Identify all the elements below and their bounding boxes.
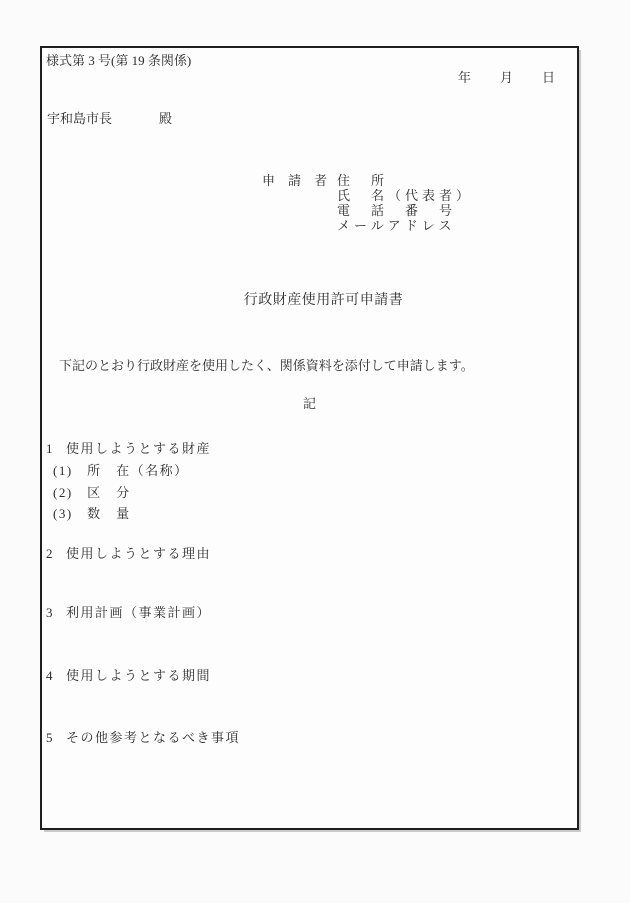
item-label: その他参考となるべき事項 <box>66 730 240 745</box>
item-label: 使用しようとする期間 <box>66 668 211 683</box>
recipient-line: 宇和島市長殿 <box>47 111 172 126</box>
sub-item-quantity: (3) 数 量 <box>53 506 131 521</box>
applicant-row-address: 申 請 者住 所 <box>262 173 473 188</box>
applicant-label: 申 請 者 <box>262 173 337 188</box>
applicant-row-phone: 電 話 番 号 <box>262 203 473 218</box>
recipient-honorific: 殿 <box>159 111 172 126</box>
applicant-row-name: 氏 名（代表者） <box>262 188 473 203</box>
applicant-field-phone: 電 話 番 号 <box>337 203 456 218</box>
applicant-field-email: メールアドレス <box>337 218 455 233</box>
item-usage-plan: 3利用計画（事業計画） <box>46 605 211 620</box>
document-page: 様式第 3 号(第 19 条関係) 年 月 日 宇和島市長殿 申 請 者住 所 … <box>0 0 630 903</box>
item-number: 2 <box>46 546 66 561</box>
applicant-block: 申 請 者住 所 氏 名（代表者） 電 話 番 号 メールアドレス <box>262 173 473 233</box>
item-other-notes: 5その他参考となるべき事項 <box>46 730 240 745</box>
item-reason: 2使用しようとする理由 <box>46 546 211 561</box>
applicant-row-email: メールアドレス <box>262 218 473 233</box>
document-title: 行政財産使用許可申請書 <box>42 293 577 308</box>
form-number: 様式第 3 号(第 19 条関係) <box>46 53 191 68</box>
item-number: 4 <box>46 668 66 683</box>
recipient-name: 宇和島市長 <box>47 111 112 126</box>
intro-sentence: 下記のとおり行政財産を使用したく、関係資料を添付して申請します。 <box>46 358 474 373</box>
item-number: 3 <box>46 605 66 620</box>
applicant-field-name: 氏 名（代表者） <box>337 188 473 203</box>
item-number: 5 <box>46 730 66 745</box>
item-label: 使用しようとする財産 <box>66 441 211 456</box>
form-border-frame: 様式第 3 号(第 19 条関係) 年 月 日 宇和島市長殿 申 請 者住 所 … <box>40 46 579 830</box>
item-number: 1 <box>46 441 66 456</box>
sub-item-location: (1) 所 在（名称） <box>53 463 189 478</box>
item-label: 利用計画（事業計画） <box>66 605 211 620</box>
applicant-field-address: 住 所 <box>337 173 388 188</box>
item-label: 使用しようとする理由 <box>66 546 211 561</box>
date-line: 年 月 日 <box>42 70 577 85</box>
sub-item-category: (2) 区 分 <box>53 485 131 500</box>
item-period: 4使用しようとする期間 <box>46 668 211 683</box>
item-property: 1使用しようとする財産 <box>46 441 211 456</box>
ki-marker: 記 <box>42 396 577 411</box>
